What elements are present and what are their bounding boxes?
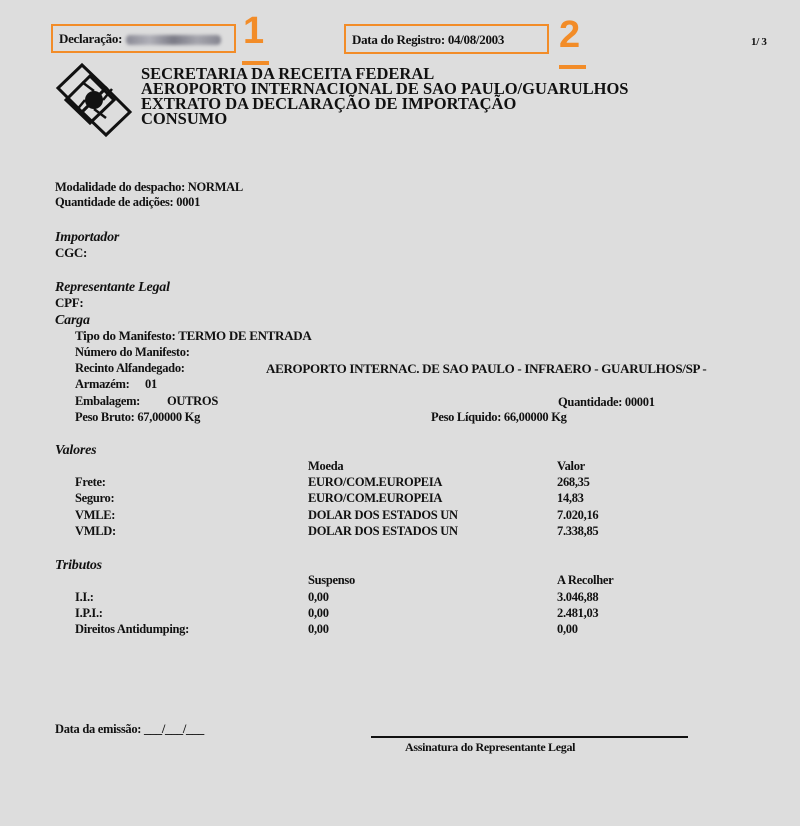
- data-registro: Data do Registro: 04/08/2003: [352, 32, 504, 48]
- tributos-row-recolher: 0,00: [557, 622, 578, 637]
- declaracao-field: Declaração:: [59, 31, 221, 47]
- tributos-row-recolher: 2.481,03: [557, 606, 598, 621]
- tributos-col-suspenso: Suspenso: [308, 573, 355, 588]
- valores-row-label: VMLE:: [75, 508, 115, 523]
- recinto-label: Recinto Alfandegado:: [75, 361, 185, 376]
- valores-col-valor: Valor: [557, 459, 585, 474]
- tributos-row-suspenso: 0,00: [308, 606, 329, 621]
- declaracao-label: Declaração:: [59, 31, 122, 46]
- importador-heading: Importador: [55, 230, 119, 246]
- tributos-row-recolher: 3.046,88: [557, 590, 598, 605]
- assinatura-label: Assinatura do Representante Legal: [405, 740, 575, 755]
- title-line-4: CONSUMO: [141, 111, 628, 126]
- representante-heading: Representante Legal: [55, 280, 170, 296]
- valores-col-moeda: Moeda: [308, 459, 343, 474]
- valores-row-label: VMLD:: [75, 524, 116, 539]
- valores-row-valor: 14,83: [557, 491, 584, 506]
- page-indicator: 1/ 3: [751, 36, 767, 48]
- valores-row-moeda: DOLAR DOS ESTADOS UN: [308, 524, 458, 539]
- data-emissao: Data da emissão: ___/___/___: [55, 722, 204, 737]
- valores-row-label: Seguro:: [75, 491, 114, 506]
- peso-bruto: Peso Bruto: 67,00000 Kg: [75, 410, 200, 425]
- valores-row-valor: 7.020,16: [557, 508, 598, 523]
- embalagem-value: OUTROS: [167, 394, 218, 409]
- valores-row-moeda: DOLAR DOS ESTADOS UN: [308, 508, 458, 523]
- valores-heading: Valores: [55, 443, 96, 459]
- importador-cgc: CGC:: [55, 245, 87, 261]
- carga-heading: Carga: [55, 313, 90, 329]
- signature-line: [371, 736, 688, 738]
- tributos-row-label: Direitos Antidumping:: [75, 622, 189, 637]
- embalagem-label: Embalagem:: [75, 394, 140, 409]
- valores-row-valor: 7.338,85: [557, 524, 598, 539]
- receita-federal-logo-icon: [54, 62, 134, 138]
- armazem-value: 01: [145, 377, 157, 392]
- valores-row-moeda: EURO/COM.EUROPEIA: [308, 475, 442, 490]
- recinto-value: AEROPORTO INTERNAC. DE SAO PAULO - INFRA…: [266, 361, 706, 377]
- numero-manifesto: Número do Manifesto:: [75, 345, 190, 360]
- quantidade-adicoes: Quantidade de adições: 0001: [55, 195, 200, 210]
- tributos-row-label: I.P.I.:: [75, 606, 103, 621]
- declaracao-value-redacted: [126, 35, 221, 45]
- quantidade-volumes: Quantidade: 00001: [558, 395, 655, 410]
- valores-row-label: Frete:: [75, 475, 106, 490]
- tributos-row-suspenso: 0,00: [308, 622, 329, 637]
- valores-row-moeda: EURO/COM.EUROPEIA: [308, 491, 442, 506]
- annotation-marker-2: 2: [559, 16, 580, 54]
- tributos-heading: Tributos: [55, 558, 102, 574]
- annotation-marker-1: 1: [243, 12, 264, 50]
- valores-row-valor: 268,35: [557, 475, 590, 490]
- peso-liquido: Peso Líquido: 66,00000 Kg: [431, 410, 567, 425]
- representante-cpf: CPF:: [55, 295, 83, 311]
- document-title: SECRETARIA DA RECEITA FEDERAL AEROPORTO …: [141, 66, 628, 126]
- tributos-row-suspenso: 0,00: [308, 590, 329, 605]
- modalidade-despacho: Modalidade do despacho: NORMAL: [55, 180, 243, 195]
- tributos-row-label: I.I.:: [75, 590, 94, 605]
- armazem-label: Armazém:: [75, 377, 130, 392]
- tributos-col-recolher: A Recolher: [557, 573, 613, 588]
- tipo-manifesto: Tipo do Manifesto: TERMO DE ENTRADA: [75, 328, 311, 344]
